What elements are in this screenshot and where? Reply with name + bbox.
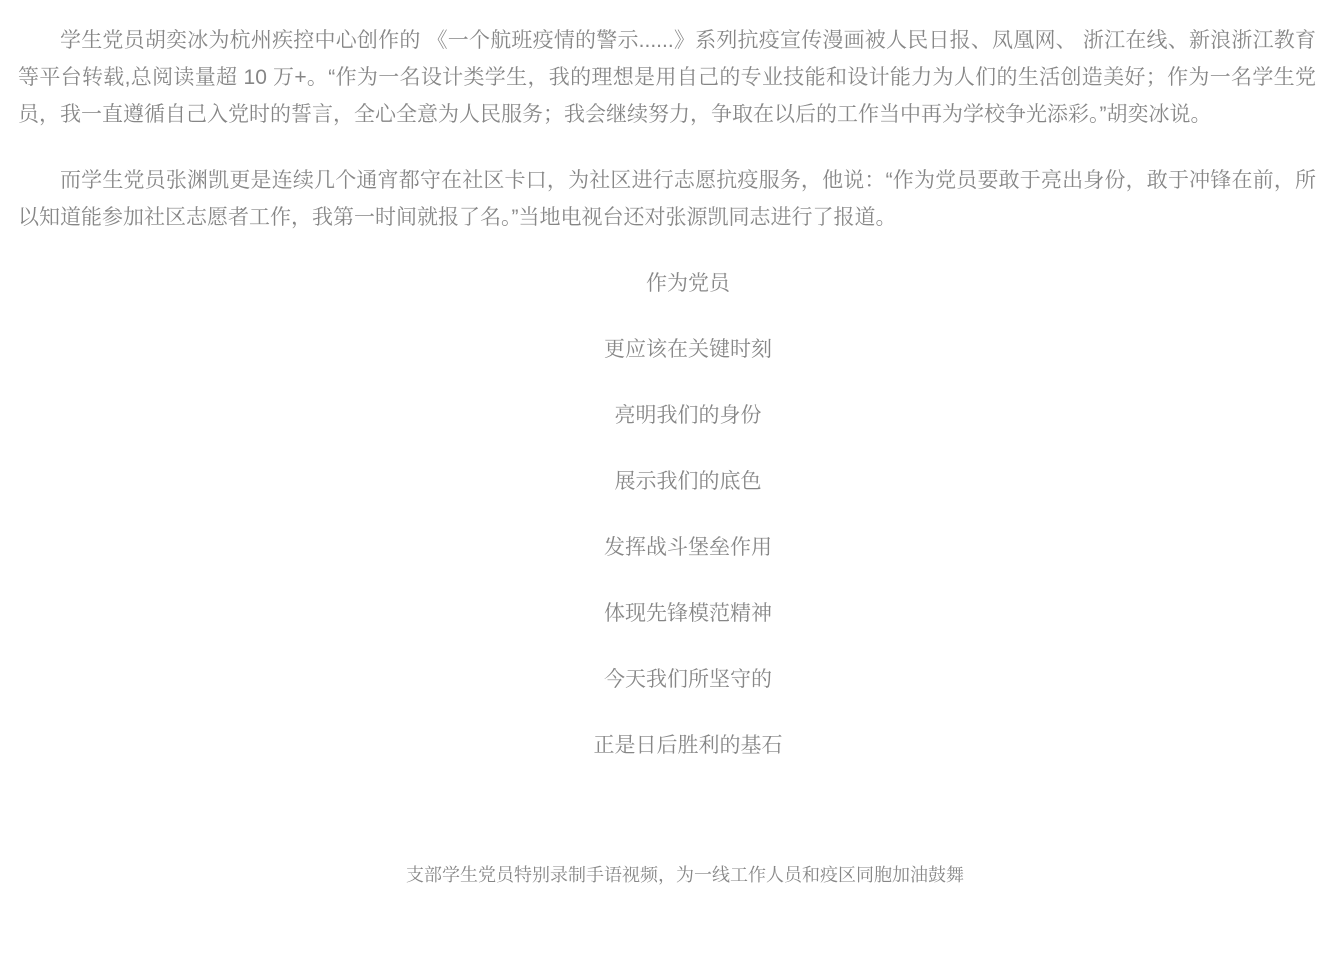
slogan-line-3: 亮明我们的身份 <box>18 397 1316 434</box>
paragraph-zhang-yuankai: 而学生党员张渊凯更是连续几个通宵都守在社区卡口，为社区进行志愿抗疫服务，他说：“… <box>18 162 1316 236</box>
video-caption: 支部学生党员特别录制手语视频，为一线工作人员和疫区同胞加油鼓舞 <box>18 862 1316 888</box>
slogan-line-8: 正是日后胜利的基石 <box>18 727 1316 764</box>
article-page: 学生党员胡奕冰为杭州疾控中心创作的 《一个航班疫情的警示......》系列抗疫宣… <box>0 0 1334 964</box>
slogan-line-4: 展示我们的底色 <box>18 463 1316 500</box>
slogan-line-2: 更应该在关键时刻 <box>18 331 1316 368</box>
slogan-line-7: 今天我们所坚守的 <box>18 661 1316 698</box>
slogan-line-1: 作为党员 <box>18 265 1316 302</box>
slogan-line-5: 发挥战斗堡垒作用 <box>18 529 1316 566</box>
slogan-line-6: 体现先锋模范精神 <box>18 595 1316 632</box>
paragraph-hu-yibing: 学生党员胡奕冰为杭州疾控中心创作的 《一个航班疫情的警示......》系列抗疫宣… <box>18 22 1316 133</box>
